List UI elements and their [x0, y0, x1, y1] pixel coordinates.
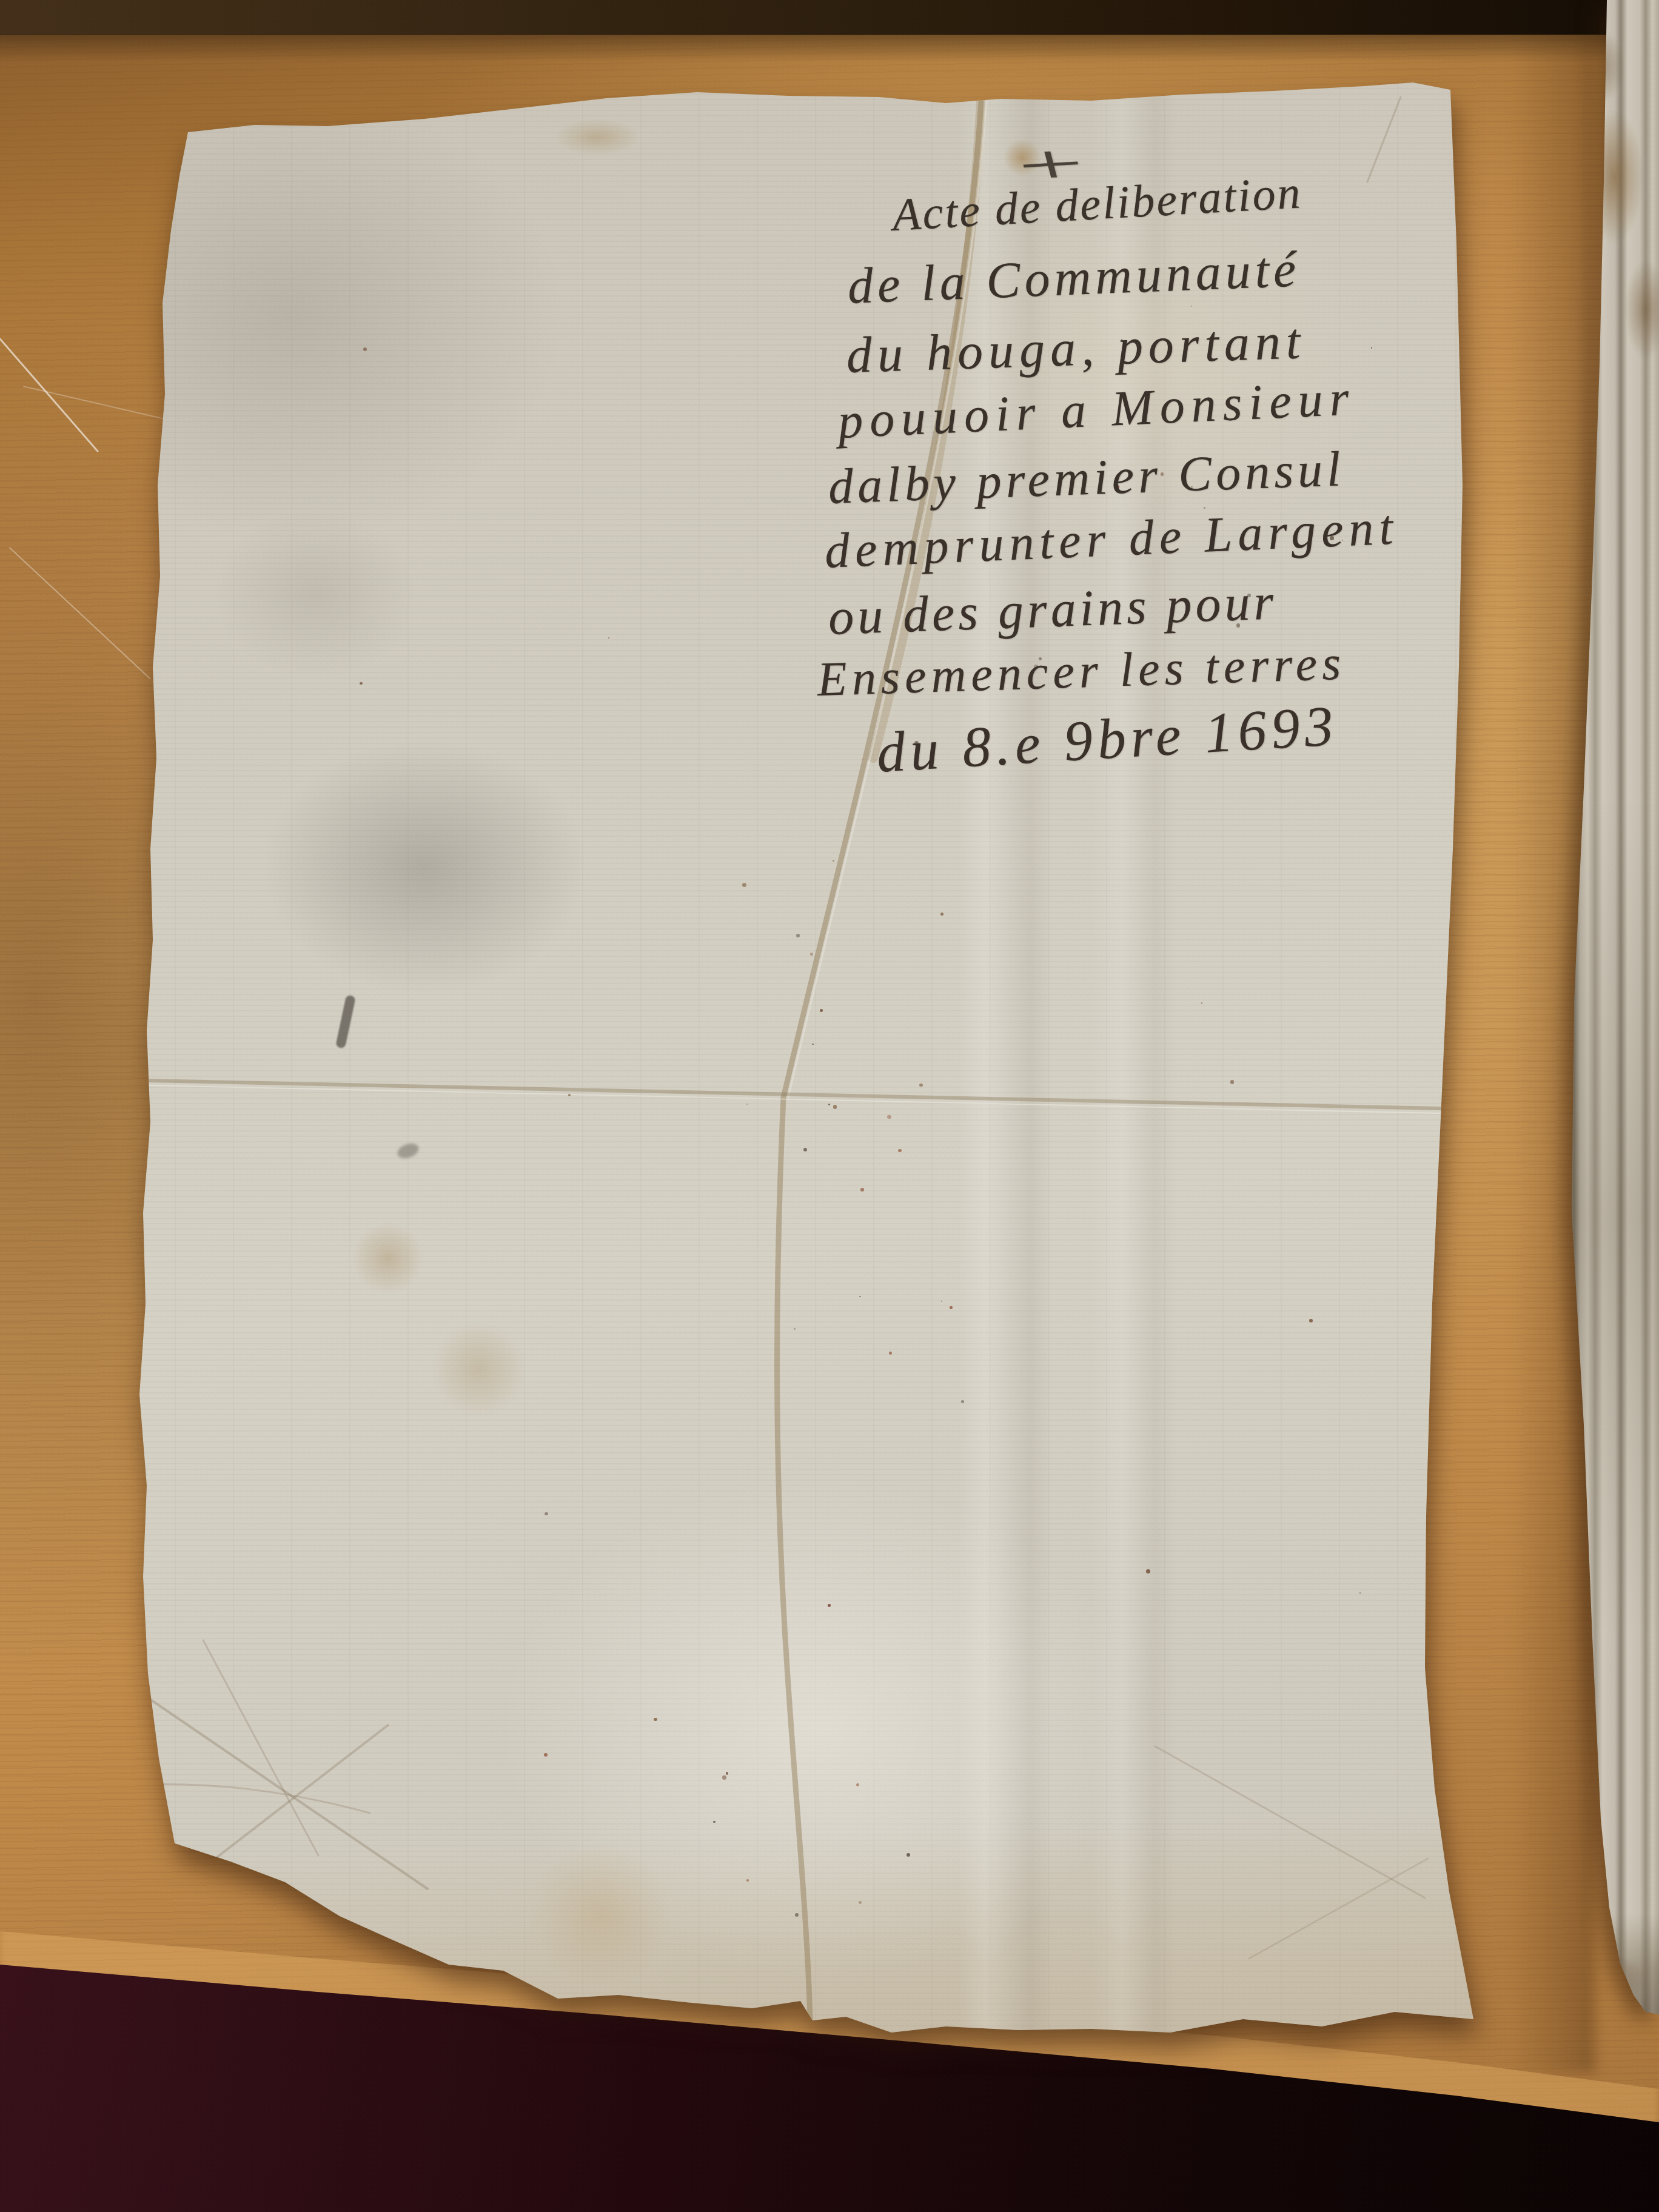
dirt-speck	[889, 1352, 892, 1355]
dirt-speck	[796, 934, 800, 937]
dirt-speck	[950, 1306, 953, 1309]
fold-creases	[0, 0, 1659, 2212]
dirt-speck	[1230, 1080, 1235, 1084]
dirt-speck	[1359, 1592, 1361, 1594]
dirt-speck	[746, 1879, 749, 1882]
tan-stain	[431, 1321, 528, 1418]
dirt-speck	[713, 1821, 715, 1823]
dirt-speck	[887, 1115, 891, 1119]
dirt-speck	[545, 1512, 548, 1516]
dirt-speck	[859, 1901, 862, 1904]
dirt-speck	[898, 1149, 902, 1153]
dirt-speck	[742, 883, 746, 887]
dirt-speck	[828, 1604, 831, 1607]
dirt-speck	[360, 682, 363, 685]
dirt-speck	[941, 1301, 942, 1302]
dirt-speck	[1146, 1569, 1150, 1574]
dirt-speck	[794, 1328, 796, 1330]
dirt-speck	[859, 1296, 860, 1297]
dirt-speck	[568, 1094, 571, 1096]
tan-stain	[528, 1843, 673, 1989]
dirt-speck	[795, 1913, 799, 1917]
manuscript-sheet-wrap: + Acte de deliberation de la Communauté …	[0, 0, 1659, 2212]
dirt-speck	[919, 1084, 922, 1087]
dirt-speck	[907, 1853, 910, 1857]
manuscript-page: + Acte de deliberation de la Communauté …	[0, 0, 1659, 2212]
tan-stain	[555, 119, 640, 155]
dirt-speck	[820, 1009, 823, 1012]
dirt-speck	[860, 1188, 863, 1191]
dirt-speck	[828, 1104, 830, 1105]
dirt-speck	[1191, 306, 1192, 307]
dirt-speck	[833, 1105, 837, 1109]
dirt-speck	[654, 1718, 657, 1721]
dirt-speck	[726, 1772, 729, 1775]
dirt-speck	[803, 1148, 807, 1151]
dirt-speck	[722, 1775, 726, 1780]
photo-of-manuscript-on-table: + Acte de deliberation de la Communauté …	[0, 0, 1659, 2212]
tan-stain	[352, 1222, 424, 1295]
dirt-speck	[940, 913, 943, 916]
dirt-speck	[833, 860, 834, 861]
